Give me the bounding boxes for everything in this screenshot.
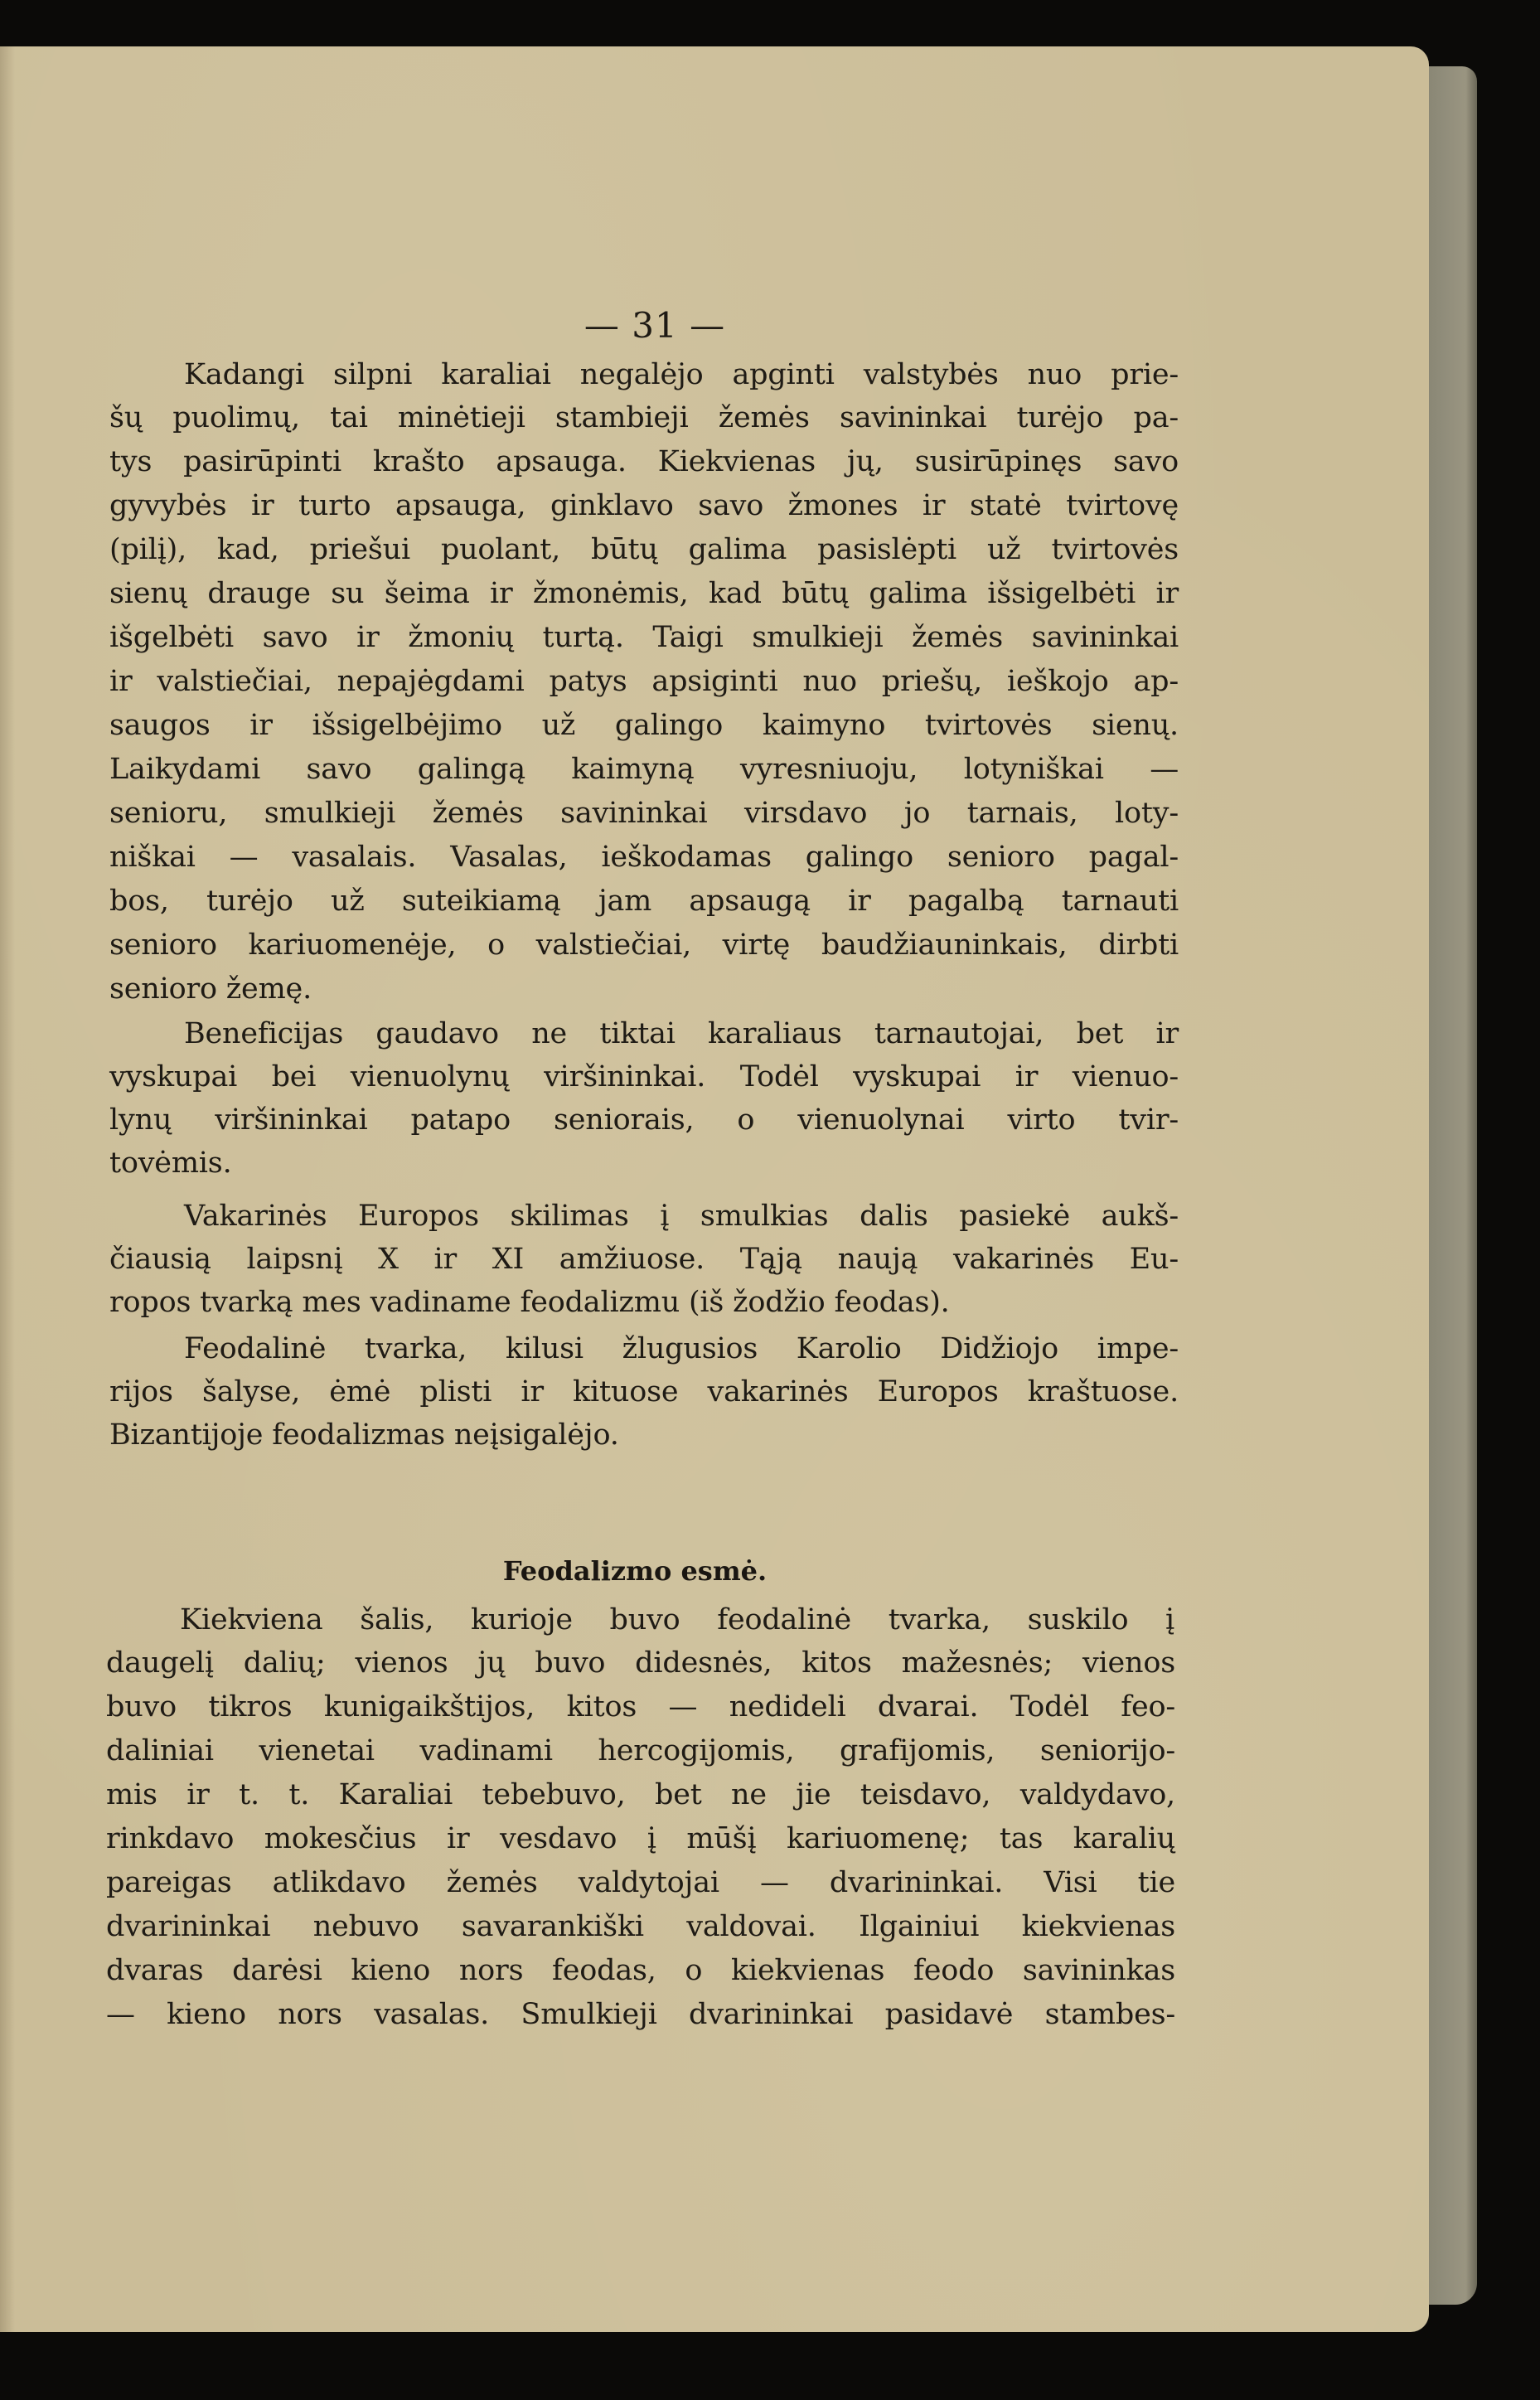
book-page: — 31 — Kadangi silpni karaliai negalėjo … xyxy=(0,46,1429,2332)
text-line: daliniai vienetai vadinami hercogijomis,… xyxy=(106,1729,1175,1772)
text-line: mis ir t. t. Karaliai tebebuvo, bet ne j… xyxy=(106,1773,1175,1816)
text-line: rijos šalyse, ėmė plisti ir kituose vaka… xyxy=(109,1370,1179,1413)
text-line: dvaras darėsi kieno nors feodas, o kiekv… xyxy=(106,1949,1175,1992)
text-line: senioro kariuomenėje, o valstiečiai, vir… xyxy=(109,924,1179,967)
text-line: Kadangi silpni karaliai negalėjo apginti… xyxy=(184,353,1179,396)
text-line: tovėmis. xyxy=(109,1142,1179,1185)
text-line: rinkdavo mokesčius ir vesdavo į mūšį kar… xyxy=(106,1817,1175,1860)
text-line: ir valstiečiai, nepajėgdami patys apsigi… xyxy=(109,660,1179,703)
text-line: (pilį), kad, priešui puolant, būtų galim… xyxy=(109,528,1179,571)
text-line: buvo tikros kunigaikštijos, kitos — nedi… xyxy=(106,1685,1175,1728)
text-line: čiausią laipsnį X ir XI amžiuose. Tąją n… xyxy=(109,1238,1179,1281)
text-line: senioro žemę. xyxy=(109,967,1179,1011)
section-heading: Feodalizmo esmė. xyxy=(0,1555,1270,1587)
text-line: niškai — vasalais. Vasalas, ieškodamas g… xyxy=(109,836,1179,879)
text-line: Laikydami savo galingą kaimyną vyresniuo… xyxy=(109,748,1179,791)
text-line: vyskupai bei vienuolynų viršininkai. Tod… xyxy=(109,1055,1179,1098)
text-line: dvarininkai nebuvo savarankiški valdovai… xyxy=(106,1905,1175,1948)
text-line: Vakarinės Europos skilimas į smulkias da… xyxy=(184,1195,1179,1238)
text-line: pareigas atlikdavo žemės valdytojai — dv… xyxy=(106,1861,1175,1904)
text-line: sienų drauge su šeima ir žmonėmis, kad b… xyxy=(109,572,1179,615)
text-line: lynų viršininkai patapo seniorais, o vie… xyxy=(109,1098,1179,1142)
page-number: — 31 — xyxy=(0,305,1310,346)
text-line: išgelbėti savo ir žmonių turtą. Taigi sm… xyxy=(109,616,1179,659)
text-line: Feodalinė tvarka, kilusi žlugusios Karol… xyxy=(184,1327,1179,1370)
text-line: Bizantijoje feodalizmas neįsigalėjo. xyxy=(109,1413,1179,1457)
text-line: — kieno nors vasalas. Smulkieji dvarinin… xyxy=(106,1993,1175,2036)
text-line: šų puolimų, tai minėtieji stambieji žemė… xyxy=(109,396,1179,439)
text-line: senioru, smulkieji žemės savininkai virs… xyxy=(109,792,1179,835)
text-line: ropos tvarką mes vadiname feodalizmu (iš… xyxy=(109,1281,1179,1324)
text-line: gyvybės ir turto apsauga, ginklavo savo … xyxy=(109,484,1179,527)
text-line: Beneficijas gaudavo ne tiktai karaliaus … xyxy=(184,1012,1179,1055)
text-line: saugos ir išsigelbėjimo už galingo kaimy… xyxy=(109,704,1179,747)
text-line: Kiekviena šalis, kurioje buvo feodalinė … xyxy=(180,1598,1174,1641)
text-line: tys pasirūpinti krašto apsauga. Kiekvien… xyxy=(109,440,1179,483)
text-line: daugelį dalių; vienos jų buvo didesnės, … xyxy=(106,1641,1175,1685)
text-line: bos, turėjo už suteikiamą jam apsaugą ir… xyxy=(109,880,1179,923)
